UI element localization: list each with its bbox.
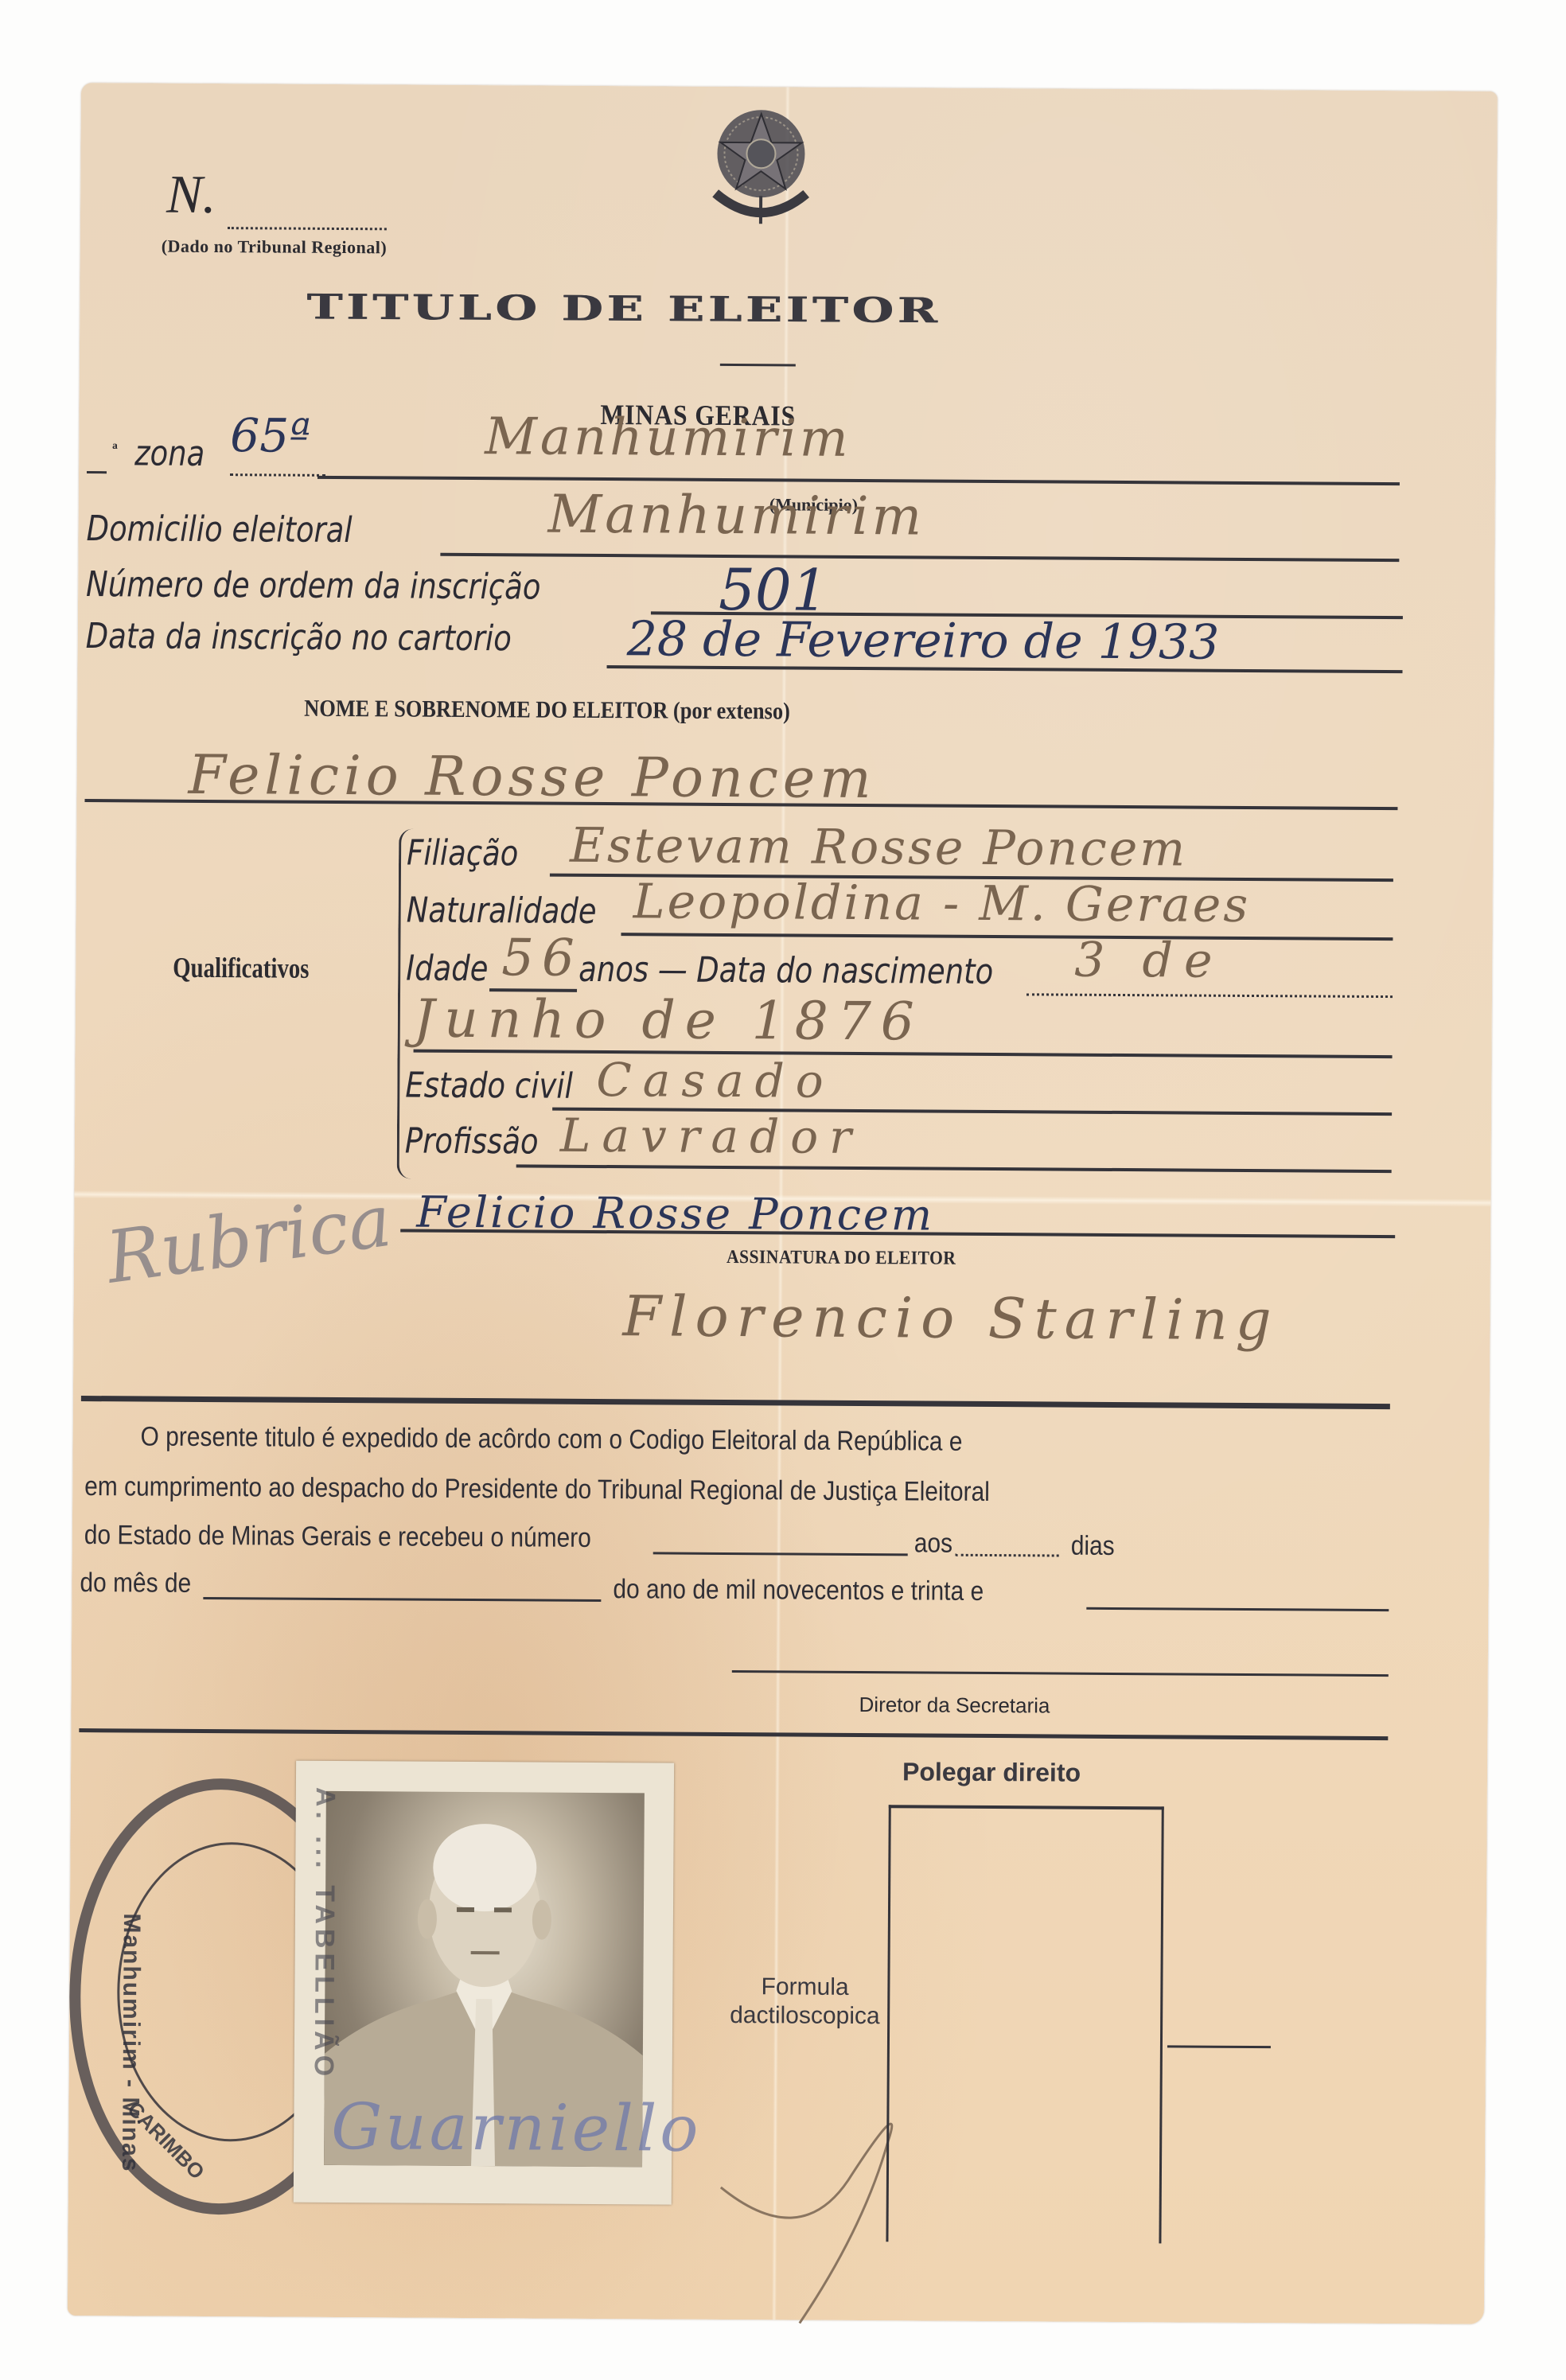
declaration-dias: dias: [1071, 1531, 1115, 1562]
number-label: N.: [166, 163, 216, 226]
naturalidade-label: Naturalidade: [406, 890, 596, 932]
zona-label: zona: [134, 433, 205, 474]
anos-label: anos —: [578, 949, 688, 991]
trinta-blank: [1086, 1607, 1389, 1611]
title-divider: [720, 364, 796, 367]
declaration-line-3a: do Estado de Minas Gerais e recebeu o nú…: [84, 1520, 591, 1554]
estado-civil-label: Estado civil: [405, 1065, 573, 1107]
eleitor-signature: Felicio Rosse Poncem: [416, 1187, 934, 1241]
fingerprint-formula-label: Formula dactiloscopica: [730, 1973, 880, 2031]
declaration-line-4b: do ano de mil novecentos e trinta e: [613, 1574, 984, 1607]
number-blank-line: [228, 227, 387, 230]
formula-line-2: dactiloscopica: [730, 2001, 880, 2031]
profissao-line: [516, 1164, 1392, 1173]
nascimento-value-part1: 3 de: [1074, 933, 1224, 989]
director-label: Diretor da Secretaria: [859, 1692, 1050, 1718]
declaration-aos: aos: [914, 1528, 952, 1559]
formula-side-line: [1167, 2045, 1271, 2048]
domicilio-label: Domicilio eleitoral: [86, 508, 352, 551]
photo-overlay-signature: Guarniello: [331, 2090, 702, 2166]
stamp-text-tabelliao: A. ... TABELLIÃO: [308, 1787, 341, 2081]
declaration-line-4a: do mês de: [80, 1568, 191, 1599]
numero-ordem-label: Número de ordem da inscrição: [86, 564, 541, 607]
naturalidade-value: Leopoldina - M. Geraes: [633, 874, 1251, 933]
nome-value: Felicio Rosse Poncem: [188, 744, 875, 811]
number-note: (Dado no Tribunal Regional): [162, 236, 388, 259]
data-inscricao-value: 28 de Fevereiro de 1933: [627, 611, 1220, 671]
voter-title-document: N. (Dado no Tribunal Regional) TITULO DE…: [68, 83, 1498, 2324]
qualificativos-label: Qualificativos: [173, 951, 309, 985]
eleitor-signature-label: ASSINATURA DO ELEITOR: [727, 1247, 956, 1270]
brazil-coat-of-arms-icon: [701, 96, 821, 232]
domicilio-line: [440, 553, 1399, 562]
document-title: TITULO DE ELEITOR: [306, 287, 941, 331]
zona-city-value: Manhumirim: [485, 407, 851, 469]
profissao-value: Lavrador: [560, 1108, 863, 1164]
zona-line: [317, 476, 1400, 485]
section-divider: [81, 1396, 1390, 1409]
mes-blank: [203, 1597, 601, 1602]
zona-dotted-line: [230, 473, 325, 477]
declaration-line-2: em cumprimento ao despacho do Presidente…: [84, 1471, 990, 1508]
thumbprint-box: [886, 1805, 1163, 2243]
domicilio-value: Manhumirim: [547, 484, 925, 547]
director-signature-line: [732, 1670, 1389, 1677]
zona-number-blank: [87, 471, 107, 473]
filiacao-label: Filiação: [407, 833, 519, 874]
filiacao-value: Estevam Rosse Poncem: [570, 818, 1187, 878]
declaration-line-1: O presente titulo é expedido de acôrdo c…: [140, 1421, 962, 1457]
estado-civil-value: Casado: [596, 1053, 835, 1108]
nome-header: NOME E SOBRENOME DO ELEITOR (por extenso…: [304, 695, 790, 726]
stamp-text-city: Manhumirim - Minas: [116, 1913, 145, 2172]
bottom-divider: [79, 1728, 1388, 1740]
nascimento-value-part2: Junho de 1876: [414, 988, 924, 1053]
dias-blank: [956, 1554, 1059, 1557]
nascimento-label: Data do nascimento: [696, 950, 993, 992]
zona-ordinal-mark: ª: [112, 439, 118, 460]
data-inscricao-label: Data da inscrição no cartorio: [86, 616, 512, 659]
idade-label: Idade: [406, 948, 489, 990]
thumbprint-label: Polegar direito: [902, 1757, 1081, 1787]
profissao-label: Profissão: [405, 1121, 539, 1163]
naturalidade-line: [621, 933, 1393, 941]
formula-line-1: Formula: [730, 1973, 880, 2002]
zona-number-value: 65ª: [230, 408, 311, 463]
idade-value: 56: [501, 929, 582, 988]
nascimento-line: [1026, 993, 1393, 998]
official-signature: Florencio Starling: [622, 1283, 1280, 1353]
